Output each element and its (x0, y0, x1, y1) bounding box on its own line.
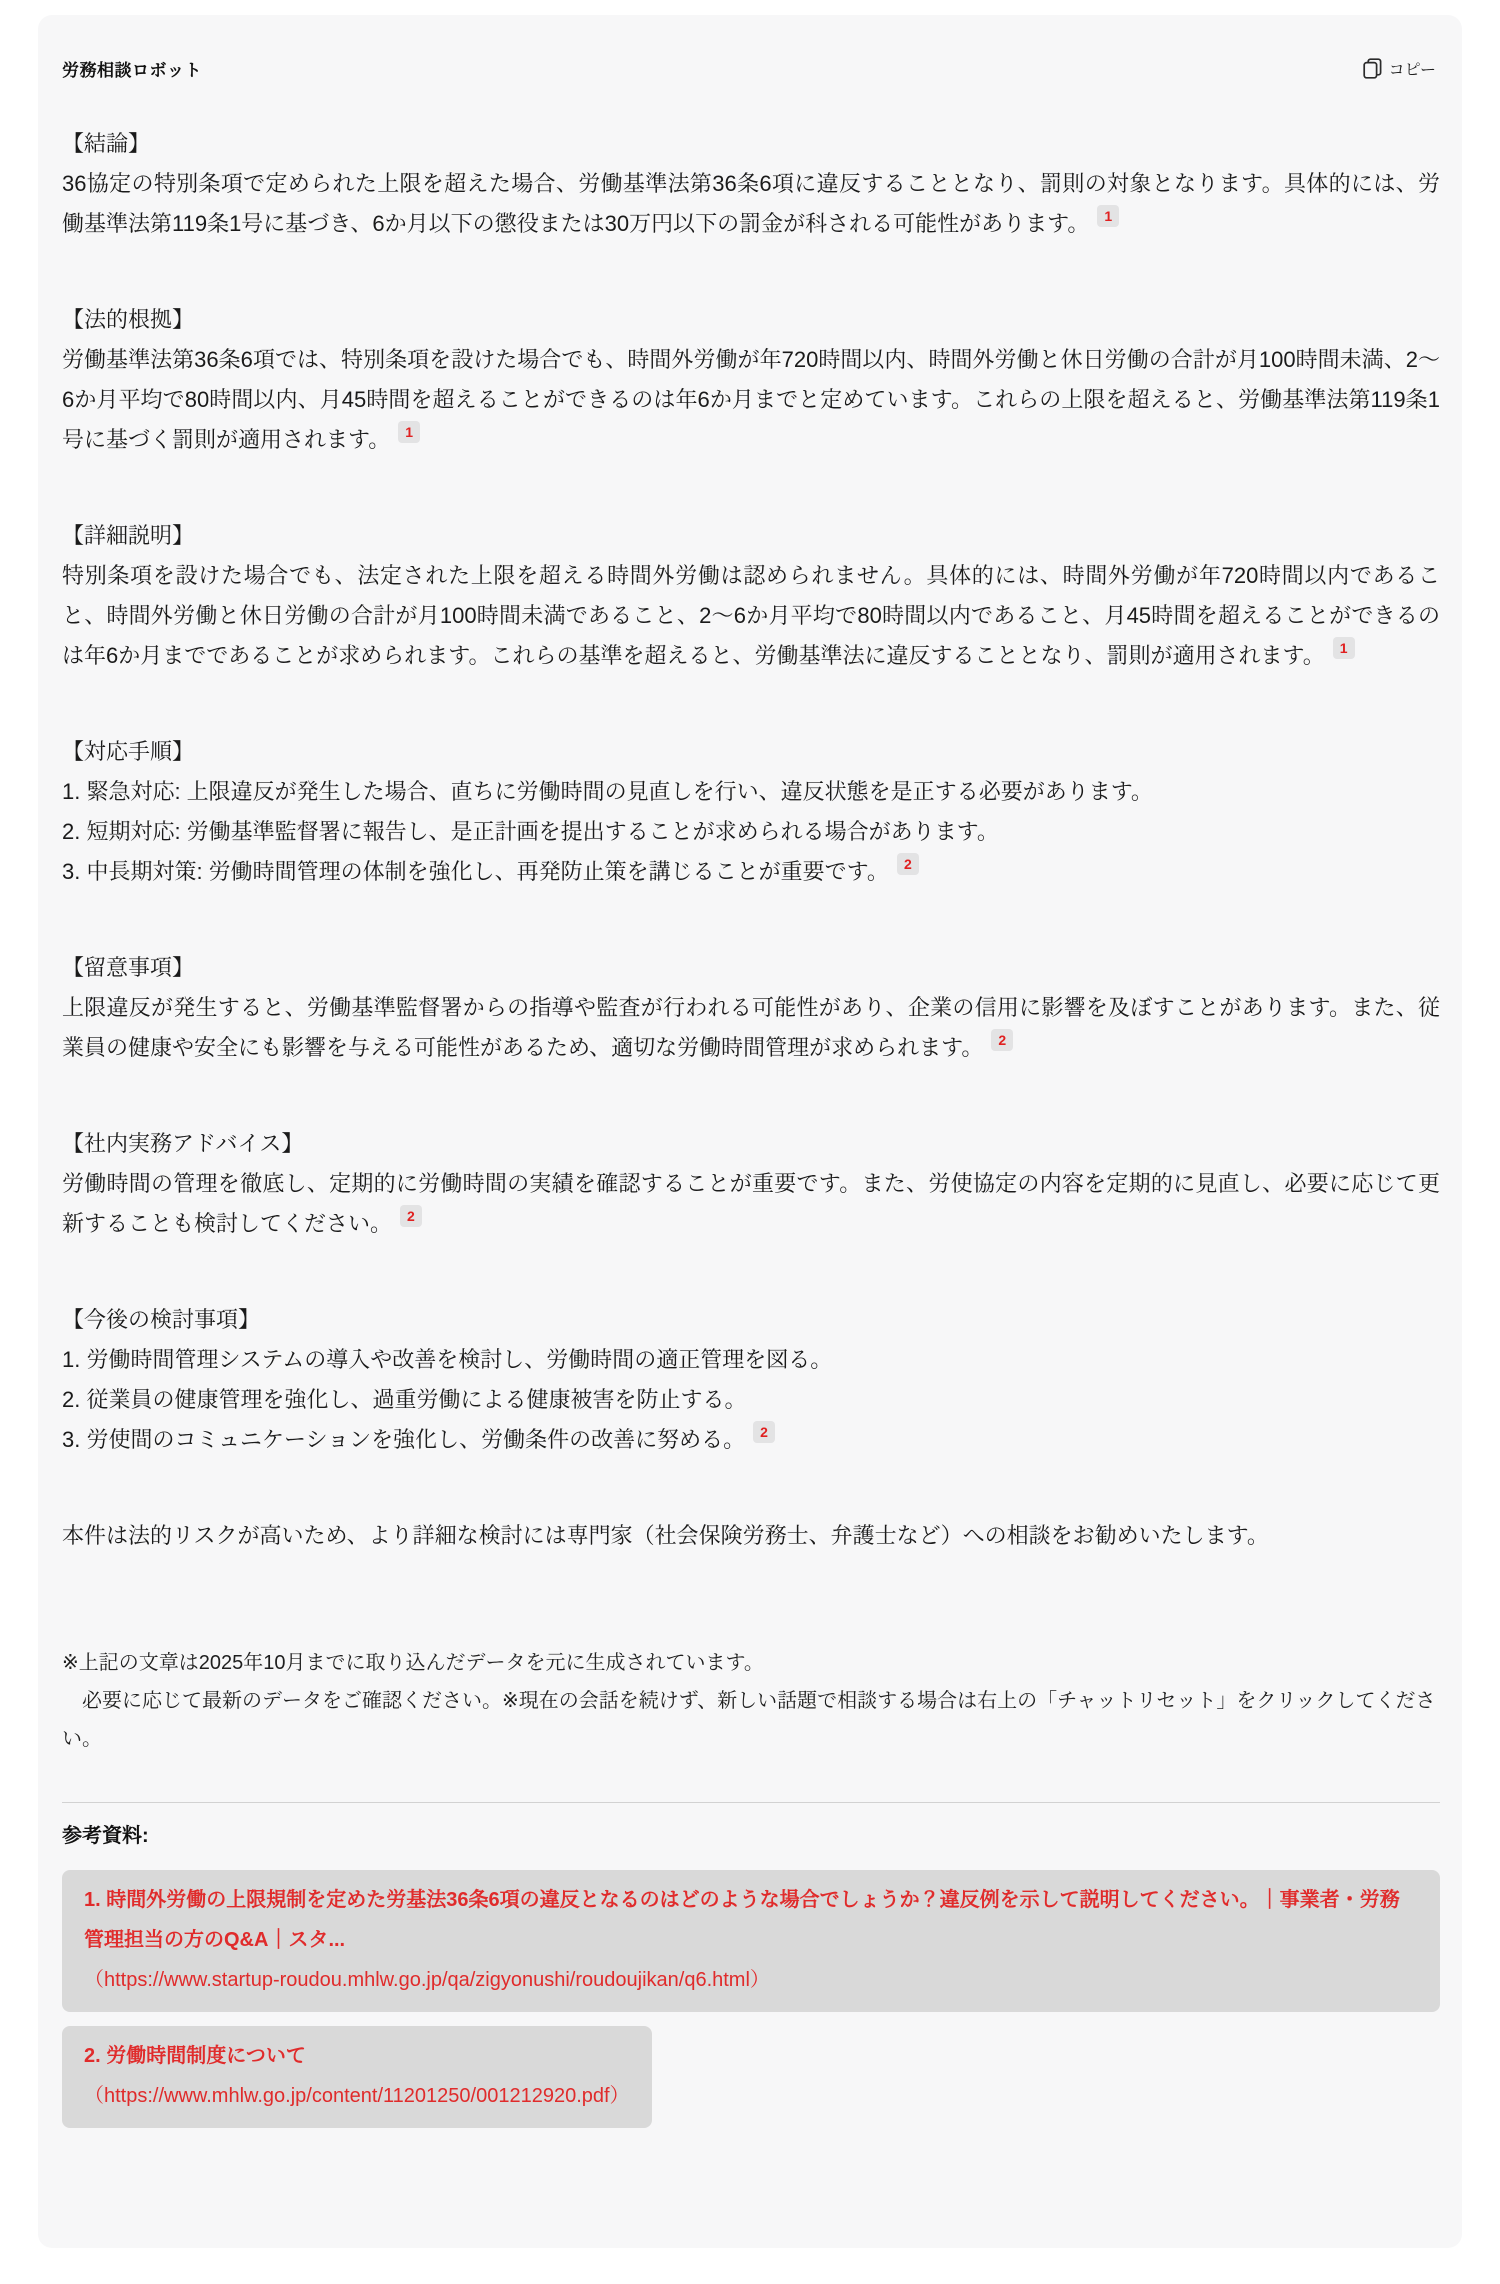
section-heading: 【対応手順】 (62, 732, 1440, 772)
message-section: 【結論】36協定の特別条項で定められた上限を超えた場合、労働基準法第36条6項に… (62, 124, 1440, 244)
citation-badge[interactable]: 2 (897, 853, 919, 875)
section-heading: 【留意事項】 (62, 948, 1440, 988)
section-paragraph: 3. 労使間のコミュニケーションを強化し、労働条件の改善に努める。2 (62, 1420, 1440, 1460)
citation-badge[interactable]: 1 (1333, 637, 1355, 659)
reference-title: 1. 時間外労働の上限規制を定めた労基法36条6項の違反となるのはどのような場合… (84, 1880, 1418, 1960)
message-header: 労務相談ロボット コピー (62, 55, 1440, 82)
section-paragraph: 36協定の特別条項で定められた上限を超えた場合、労働基準法第36条6項に違反する… (62, 164, 1440, 244)
reference-url[interactable]: （https://www.mhlw.go.jp/content/11201250… (84, 2076, 630, 2116)
copy-button[interactable]: コピー (1359, 55, 1440, 82)
section-heading: 【詳細説明】 (62, 516, 1440, 556)
section-heading: 【結論】 (62, 124, 1440, 164)
reference-url[interactable]: （https://www.startup-roudou.mhlw.go.jp/q… (84, 1960, 1418, 2000)
references-divider (62, 1802, 1440, 1803)
citation-badge[interactable]: 2 (400, 1205, 422, 1227)
message-section: 【対応手順】1. 緊急対応: 上限違反が発生した場合、直ちに労働時間の見直しを行… (62, 732, 1440, 892)
message-section: 【法的根拠】労働基準法第36条6項では、特別条項を設けた場合でも、時間外労働が年… (62, 300, 1440, 460)
reference-title: 2. 労働時間制度について (84, 2036, 630, 2076)
reference-item[interactable]: 1. 時間外労働の上限規制を定めた労基法36条6項の違反となるのはどのような場合… (62, 1870, 1440, 2012)
bot-name-title: 労務相談ロボット (62, 56, 202, 81)
page-background: { "header": { "title": "労務相談ロボット", "copy… (0, 0, 1500, 2284)
section-paragraph: 2. 従業員の健康管理を強化し、過重労働による健康被害を防止する。 (62, 1380, 1440, 1420)
copy-icon (1363, 58, 1382, 79)
disclaimer-note: ※上記の文章は2025年10月までに取り込んだデータを元に生成されています。 必… (62, 1644, 1440, 1758)
section-heading: 【今後の検討事項】 (62, 1300, 1440, 1340)
message-section: 【詳細説明】特別条項を設けた場合でも、法定された上限を超える時間外労働は認められ… (62, 516, 1440, 676)
message-section: 【今後の検討事項】1. 労働時間管理システムの導入や改善を検討し、労働時間の適正… (62, 1300, 1440, 1460)
reference-item[interactable]: 2. 労働時間制度について（https://www.mhlw.go.jp/con… (62, 2026, 652, 2128)
references-list: 1. 時間外労働の上限規制を定めた労基法36条6項の違反となるのはどのような場合… (62, 1870, 1440, 2128)
disclaimer-line: 必要に応じて最新のデータをご確認ください。※現在の会話を続けず、新しい話題で相談… (62, 1682, 1440, 1758)
section-paragraph: 労働基準法第36条6項では、特別条項を設けた場合でも、時間外労働が年720時間以… (62, 340, 1440, 460)
section-paragraph: 上限違反が発生すると、労働基準監督署からの指導や監査が行われる可能性があり、企業… (62, 988, 1440, 1068)
section-heading: 【社内実務アドバイス】 (62, 1124, 1440, 1164)
references-heading: 参考資料: (62, 1819, 1440, 1848)
citation-badge[interactable]: 2 (991, 1029, 1013, 1051)
section-paragraph: 1. 労働時間管理システムの導入や改善を検討し、労働時間の適正管理を図る。 (62, 1340, 1440, 1380)
citation-badge[interactable]: 1 (398, 421, 420, 443)
section-paragraph: 特別条項を設けた場合でも、法定された上限を超える時間外労働は認められません。具体… (62, 556, 1440, 676)
message-body: 【結論】36協定の特別条項で定められた上限を超えた場合、労働基準法第36条6項に… (62, 124, 1440, 1460)
disclaimer-line: ※上記の文章は2025年10月までに取り込んだデータを元に生成されています。 (62, 1644, 1440, 1682)
assistant-message-card: 労務相談ロボット コピー 【結論】36協定の特別条項で定められた上限を超えた場合… (38, 15, 1462, 2248)
message-section: 【社内実務アドバイス】労働時間の管理を徹底し、定期的に労働時間の実績を確認するこ… (62, 1124, 1440, 1244)
citation-badge[interactable]: 2 (753, 1421, 775, 1443)
citation-badge[interactable]: 1 (1097, 205, 1119, 227)
section-paragraph: 2. 短期対応: 労働基準監督署に報告し、是正計画を提出することが求められる場合… (62, 812, 1440, 852)
section-heading: 【法的根拠】 (62, 300, 1440, 340)
message-section: 【留意事項】上限違反が発生すると、労働基準監督署からの指導や監査が行われる可能性… (62, 948, 1440, 1068)
closing-paragraph: 本件は法的リスクが高いため、より詳細な検討には専門家（社会保険労務士、弁護士など… (62, 1516, 1440, 1556)
copy-button-label: コピー (1389, 57, 1436, 80)
section-paragraph: 労働時間の管理を徹底し、定期的に労働時間の実績を確認することが重要です。また、労… (62, 1164, 1440, 1244)
section-paragraph: 1. 緊急対応: 上限違反が発生した場合、直ちに労働時間の見直しを行い、違反状態… (62, 772, 1440, 812)
section-paragraph: 3. 中長期対策: 労働時間管理の体制を強化し、再発防止策を講じることが重要です… (62, 852, 1440, 892)
